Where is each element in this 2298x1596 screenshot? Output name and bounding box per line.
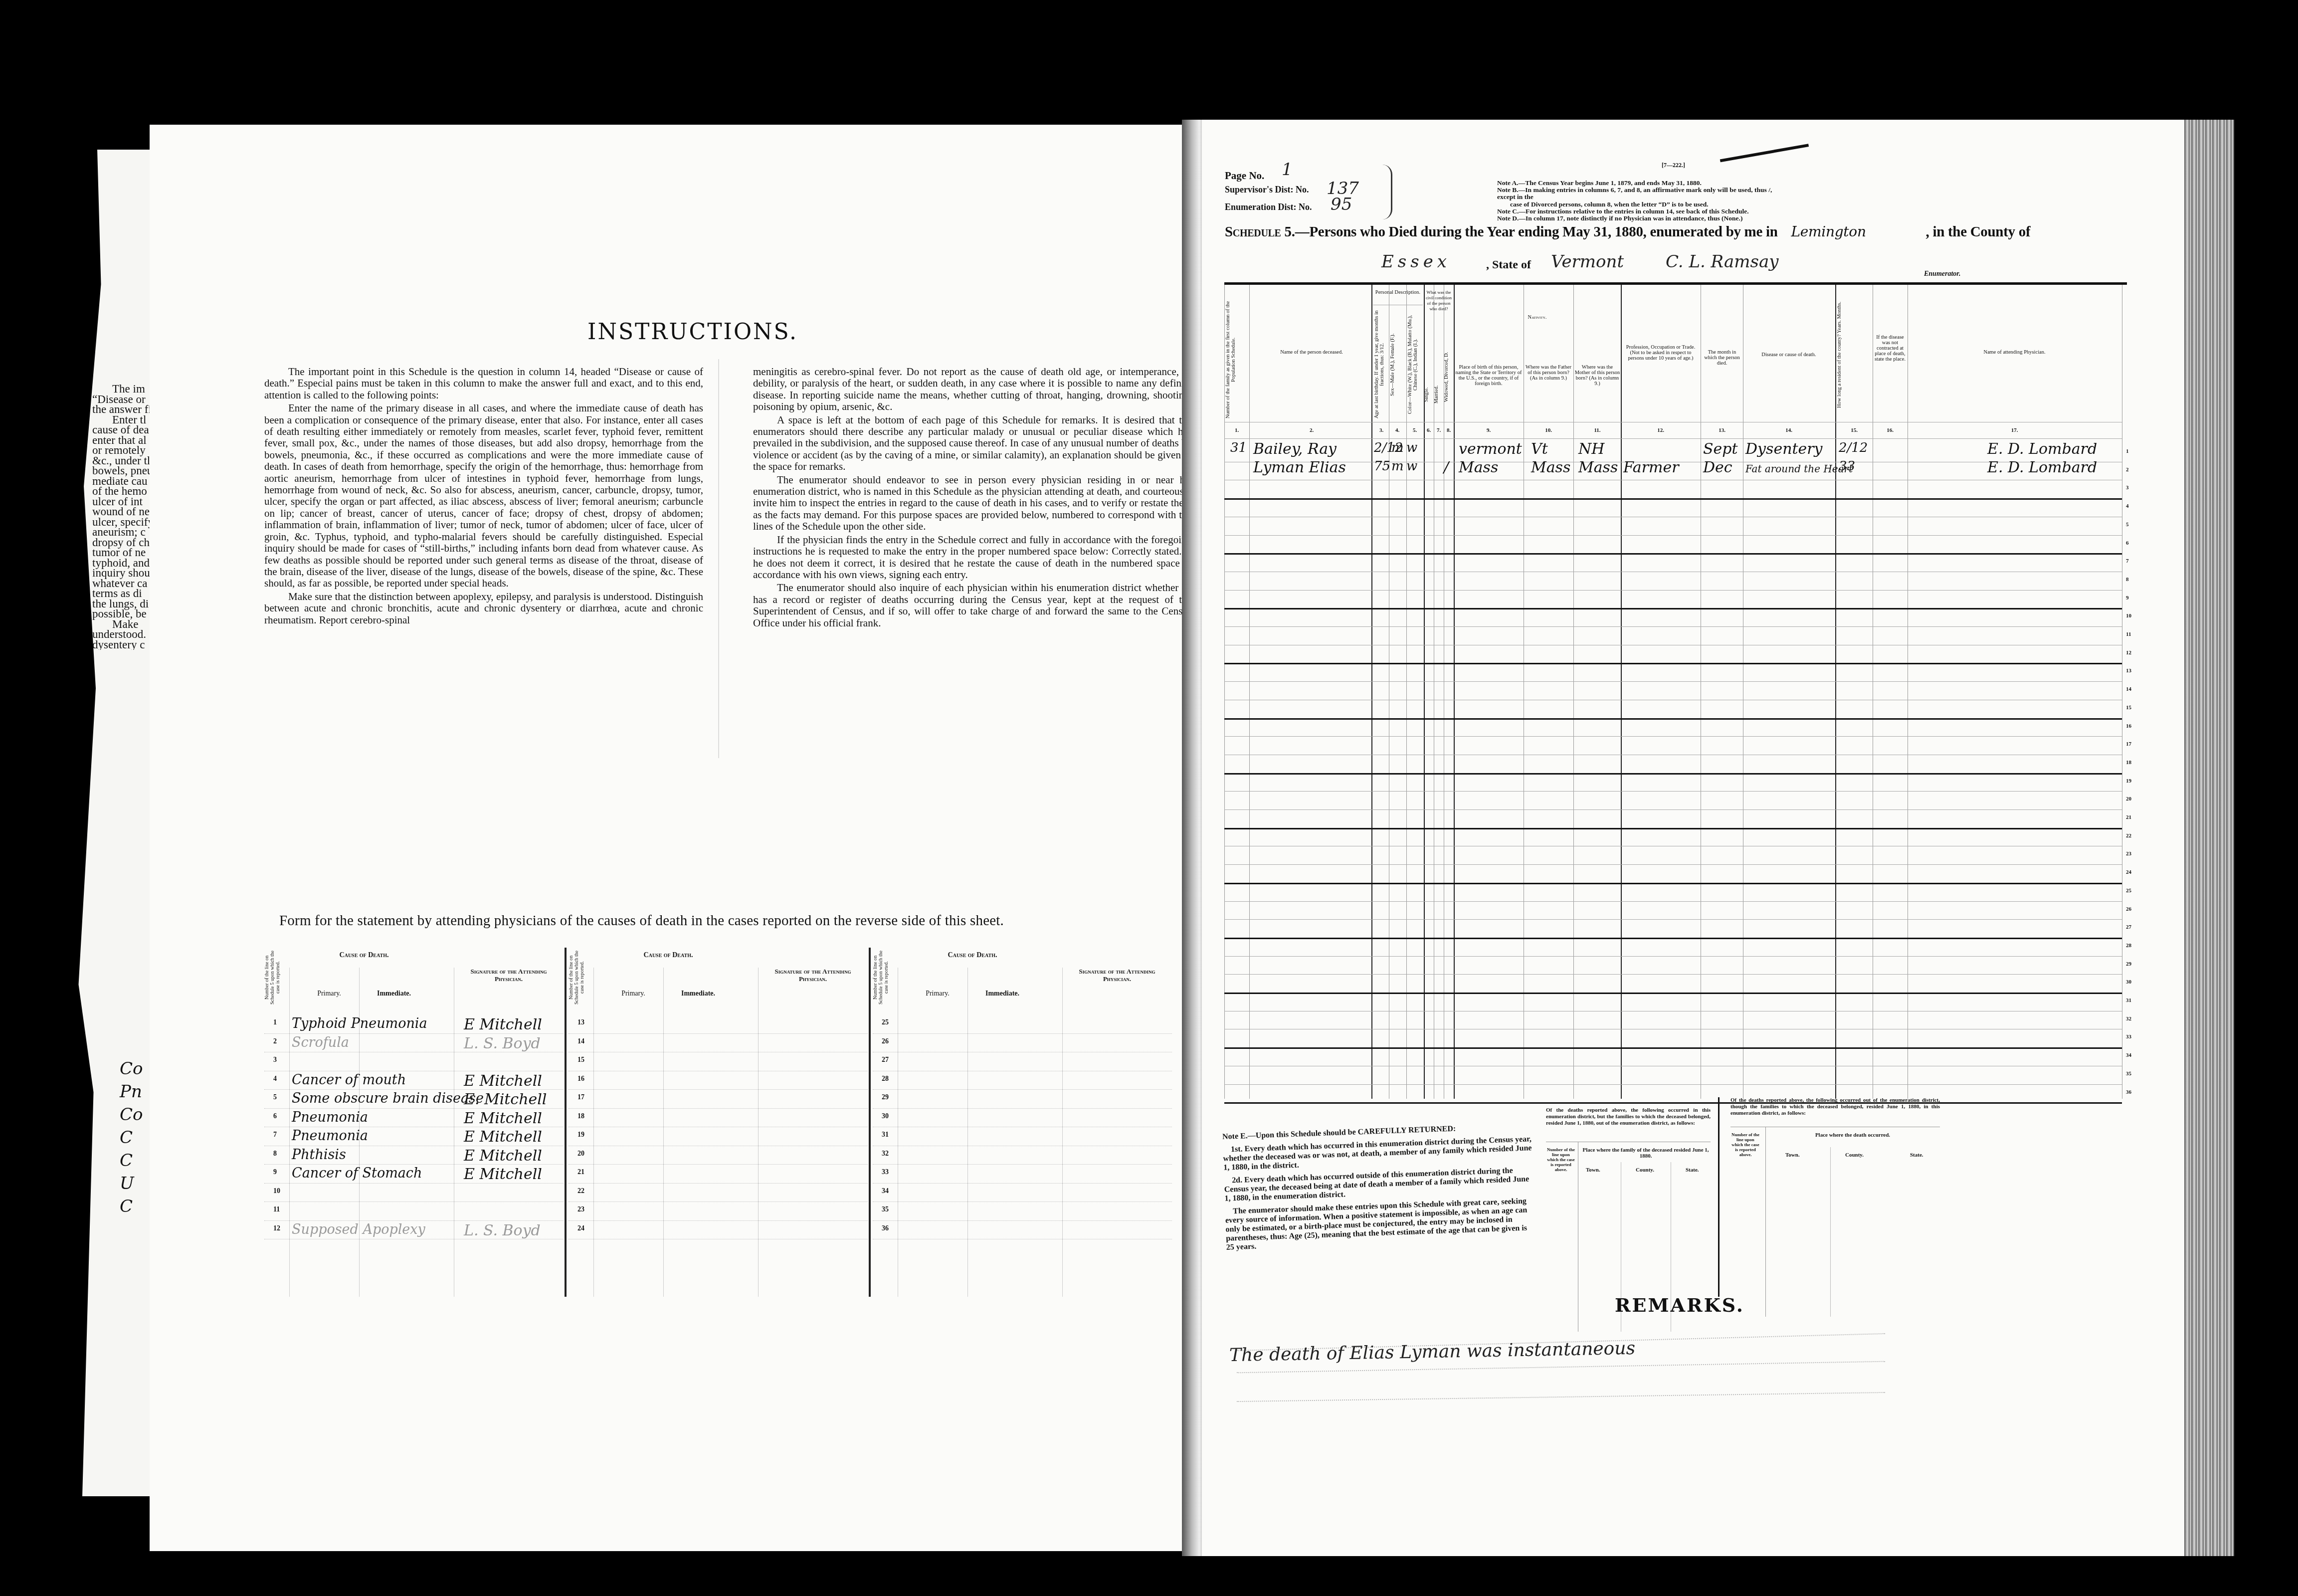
note-d: Note D.—In column 17, note distinctly if… — [1497, 215, 1776, 222]
state-value: Vermont — [1551, 252, 1624, 272]
line-number: 9 — [273, 1169, 277, 1177]
fragment-handwriting-line: Pn — [120, 1080, 150, 1103]
cell-residence: 33 — [1839, 459, 1855, 474]
death-schedule-table: Personal Description.What was the civil … — [1224, 282, 2127, 1096]
col-state: State. — [1686, 1167, 1699, 1173]
enumeration-dist-label: Enumeration Dist: No. — [1225, 202, 1312, 212]
line-number: 23 — [577, 1206, 584, 1214]
row-line — [1224, 1066, 2122, 1066]
line-number: 21 — [577, 1169, 584, 1177]
signature-header: Signature of the Attending Physician. — [459, 968, 559, 983]
row-line — [1224, 681, 2122, 682]
column-header: The month in which the person died. — [1702, 350, 1742, 366]
physician-form-row: 15 — [569, 1052, 868, 1071]
line-number: 8 — [2126, 577, 2129, 583]
row-line — [1224, 938, 2122, 939]
column-number: 16. — [1874, 427, 1907, 433]
column-number: 3. — [1374, 427, 1389, 433]
column-header: Age at last birthday. If under 1 year, g… — [1374, 310, 1389, 419]
cell-mother: Mass — [1578, 459, 1618, 476]
cell-physician: E. D. Lombard — [1987, 440, 2097, 458]
physician-form-header: Number of the line on Schedule 5 upon wh… — [569, 938, 868, 1012]
column-number: 10. — [1525, 427, 1572, 433]
enumerator-label: Enumerator. — [1924, 270, 1961, 278]
out-district-number-col: Number of the line upon which the case i… — [1730, 1132, 1760, 1157]
line-number: 10 — [273, 1188, 280, 1196]
line-number: 20 — [2126, 796, 2131, 802]
column-line — [1524, 285, 1524, 1099]
line-number: 29 — [882, 1094, 889, 1102]
line-number: 35 — [882, 1206, 889, 1214]
line-number: 7 — [273, 1131, 277, 1139]
line-number: 16 — [577, 1075, 584, 1083]
cause-of-death-entry: Typhoid Pneumonia — [292, 1016, 456, 1031]
row-line — [1224, 773, 2122, 775]
line-number: 18 — [577, 1113, 584, 1121]
schedule-number: Schedule 5. — [1225, 224, 1295, 240]
line-number: 22 — [2126, 833, 2131, 839]
signature-header: Signature of the Attending Physician. — [1067, 968, 1167, 983]
physician-form-row: 14 — [569, 1034, 868, 1053]
column-line — [2122, 285, 2122, 1099]
note-c: Note C.—For instructions relative to the… — [1497, 208, 1776, 215]
column-number: 5. — [1407, 427, 1422, 433]
column-header: Where was the Father of this person born… — [1525, 365, 1572, 381]
physician-form-row: 1Typhoid PneumoniaE Mitchell — [264, 1015, 564, 1034]
county-label: , in the County of — [1926, 224, 2031, 240]
line-number: 28 — [2126, 943, 2131, 949]
row-line — [1224, 1084, 2122, 1085]
line-number: 1 — [2126, 448, 2129, 454]
cell-cause: Dysentery — [1745, 440, 1823, 458]
row-line — [1224, 993, 2122, 994]
physician-signature: L. S. Boyd — [464, 1035, 541, 1052]
physician-form-row: 8PhthisisE Mitchell — [264, 1146, 564, 1165]
out-district-lead: Of the deaths reported above, the follow… — [1730, 1097, 1940, 1117]
physician-form-row: 7PneumoniaE Mitchell — [264, 1127, 564, 1146]
physician-form-row: 27 — [873, 1052, 1172, 1071]
instructions-paragraph: meningitis as cerebro-spinal fever. Do n… — [753, 366, 1192, 413]
line-number-header: Number of the line on Schedule 5 upon wh… — [264, 948, 284, 1007]
in-district-lead: Of the deaths reported above, the follow… — [1546, 1107, 1711, 1127]
row-line — [1224, 883, 2122, 884]
row-line — [1224, 919, 2122, 920]
line-number: 20 — [577, 1150, 584, 1158]
physician-form-block: Number of the line on Schedule 5 upon wh… — [264, 938, 564, 1297]
line-number: 5 — [273, 1094, 277, 1102]
physician-form-row: 4Cancer of mouthE Mitchell — [264, 1071, 564, 1090]
column-line — [1389, 285, 1389, 1099]
physician-form-row: 6PneumoniaE Mitchell — [264, 1109, 564, 1128]
column-number: 12. — [1622, 427, 1699, 433]
note-e: Note E.—Upon this Schedule should be CAR… — [1222, 1122, 1535, 1256]
physician-form-row: 35 — [873, 1202, 1172, 1221]
line-number: 31 — [882, 1131, 889, 1139]
instructions-box: The important point in this Schedule is … — [264, 359, 1222, 768]
physician-form-block: Number of the line on Schedule 5 upon wh… — [873, 938, 1172, 1297]
physician-form-rows: 131415161718192021222324 — [569, 1015, 868, 1239]
in-district-number-col: Number of the line upon which the case i… — [1546, 1147, 1576, 1172]
remarks-title: REMARKS. — [1615, 1294, 1744, 1316]
row-line — [1224, 663, 2122, 664]
instructions-right-column: meningitis as cerebro-spinal fever. Do n… — [753, 366, 1192, 630]
column-number: 4. — [1390, 427, 1405, 433]
line-number: 14 — [577, 1038, 584, 1046]
line-number: 31 — [2126, 997, 2131, 1003]
town-value: Lemington — [1781, 223, 1926, 240]
fragment-handwriting: CoPnCoCCUC — [120, 1057, 150, 1218]
schedule-notes: Note A.—The Census Year begins June 1, 1… — [1497, 180, 1776, 222]
col-county: County. — [1636, 1167, 1654, 1173]
row-line — [1224, 846, 2122, 846]
cell-residence: 2/12 — [1839, 440, 1868, 455]
physician-form-row: 36 — [873, 1221, 1172, 1240]
line-number: 10 — [2126, 613, 2131, 619]
primary-header: Primary. — [304, 990, 354, 998]
line-number: 5 — [2126, 522, 2129, 528]
physician-form-rows: 252627282930313233343536 — [873, 1015, 1172, 1239]
line-number: 22 — [577, 1188, 584, 1196]
row-line — [1224, 517, 2122, 517]
physician-form-row: 30 — [873, 1109, 1172, 1128]
column-header: If the disease was not contracted at pla… — [1874, 335, 1907, 362]
col-town: Town. — [1785, 1152, 1800, 1158]
instructions-paragraph: A space is left at the bottom of each pa… — [753, 414, 1192, 473]
physician-form-header: Number of the line on Schedule 5 upon wh… — [264, 938, 564, 1012]
line-number: 23 — [2126, 851, 2131, 857]
physician-signature: E Mitchell — [464, 1072, 542, 1090]
line-number: 6 — [2126, 540, 2129, 546]
line-number: 30 — [2126, 979, 2131, 985]
immediate-header: Immediate. — [668, 990, 728, 998]
line-number: 25 — [882, 1019, 889, 1027]
physician-form-row: 23 — [569, 1202, 868, 1221]
physician-form-row: 20 — [569, 1146, 868, 1165]
fragment-line: dysentery c — [92, 640, 152, 650]
col-county: County. — [1845, 1152, 1864, 1158]
line-number: 13 — [2126, 668, 2131, 674]
line-number: 17 — [577, 1094, 584, 1102]
column-line — [1835, 285, 1836, 1099]
column-line — [1873, 285, 1873, 1099]
line-number: 35 — [2126, 1071, 2131, 1077]
out-district-group: Place where the death occurred. — [1770, 1132, 1935, 1138]
line-number: 19 — [577, 1131, 584, 1139]
line-number: 28 — [882, 1075, 889, 1083]
physician-form-row: 24 — [569, 1221, 868, 1240]
column-header: Married. — [1434, 370, 1444, 419]
fragment-handwriting-line: C — [120, 1195, 150, 1218]
column-header: Place of birth of this person, naming th… — [1455, 365, 1523, 387]
row-line — [1224, 572, 2122, 572]
column-number: 14. — [1744, 427, 1834, 433]
row-line — [1224, 956, 2122, 957]
fragment-text: The im“Disease orthe answer fiEnter tlca… — [92, 384, 152, 650]
primary-header: Primary. — [913, 990, 962, 998]
cell-name: Lyman Elias — [1253, 459, 1346, 476]
physician-form-row: 16 — [569, 1071, 868, 1090]
column-line — [1406, 285, 1407, 1099]
line-number: 2 — [273, 1038, 277, 1046]
line-number: 24 — [577, 1225, 584, 1233]
line-number: 12 — [273, 1225, 280, 1233]
note-b: Note B.—In making entries in columns 6, … — [1497, 187, 1776, 200]
line-number: 6 — [273, 1113, 277, 1121]
state-label: , State of — [1486, 258, 1531, 272]
line-number: 25 — [2126, 888, 2131, 894]
page-no-value: 1 — [1282, 160, 1293, 180]
line-number: 2 — [2126, 467, 2129, 473]
line-number: 4 — [2126, 503, 2129, 509]
line-number-header: Number of the line on Schedule 5 upon wh… — [873, 948, 893, 1007]
row-line — [1224, 864, 2122, 865]
cell-physician: E. D. Lombard — [1987, 459, 2097, 476]
cell-occupation: Farmer — [1623, 459, 1679, 476]
physician-form-row: 11 — [264, 1202, 564, 1221]
cause-of-death-header: Cause of Death. — [918, 952, 1027, 960]
cell-name: Bailey, Ray — [1253, 440, 1337, 458]
column-line — [1224, 285, 1225, 1099]
physician-signature: E Mitchell — [464, 1166, 542, 1183]
cell-month: Dec — [1703, 459, 1732, 476]
instructions-paragraph: The enumerator should endeavor to see in… — [753, 474, 1192, 533]
physician-statement-form: Number of the line on Schedule 5 upon wh… — [264, 938, 1167, 1307]
physician-signature: E Mitchell — [464, 1016, 542, 1033]
cell-father: Vt — [1531, 440, 1548, 458]
row-line — [1224, 974, 2122, 975]
cell-civil: / — [1444, 459, 1449, 476]
col-state: State. — [1910, 1152, 1923, 1158]
note-b-cont: case of Divorced persons, column 8, when… — [1497, 201, 1776, 208]
column-line — [1743, 285, 1743, 1099]
physician-signature: E Mitchell — [464, 1128, 542, 1146]
enumeration-dist-value: 95 — [1331, 195, 1352, 214]
cell-color: w — [1406, 440, 1417, 455]
column-number: 8. — [1444, 427, 1454, 433]
physician-form-row: 33 — [873, 1165, 1172, 1184]
personal-description-header: Personal Description. — [1373, 290, 1423, 295]
form-code: [7—222.] — [1662, 162, 1685, 169]
line-number: 32 — [882, 1150, 889, 1158]
physician-form-row: 34 — [873, 1184, 1172, 1202]
physician-signature: E. Mitchell — [464, 1091, 547, 1108]
line-number: 26 — [2126, 906, 2131, 912]
row-line — [1224, 1102, 2122, 1104]
row-line — [1224, 736, 2122, 737]
physician-form-row: 28 — [873, 1071, 1172, 1090]
physician-form-row: 25 — [873, 1015, 1172, 1034]
row-line — [1224, 626, 2122, 627]
cause-of-death-entry: Phthisis — [292, 1147, 456, 1163]
physician-form-row: 29 — [873, 1090, 1172, 1109]
line-number: 36 — [2126, 1089, 2131, 1095]
line-number: 27 — [2126, 924, 2131, 930]
column-number: 6. — [1424, 427, 1434, 433]
column-line — [1573, 285, 1574, 1099]
column-number: 11. — [1574, 427, 1620, 433]
cause-of-death-header: Cause of Death. — [309, 952, 419, 960]
enumerator-name: C. L. Ramsay — [1666, 252, 1778, 272]
instructions-paragraph: The enumerator should also inquire of ea… — [753, 582, 1192, 629]
cause-of-death-entry: Scrofula — [292, 1035, 456, 1050]
column-header: Disease or cause of death. — [1744, 352, 1834, 358]
physician-form-header: Number of the line on Schedule 5 upon wh… — [873, 938, 1172, 1012]
physician-form-row: 26 — [873, 1034, 1172, 1053]
col-town: Town. — [1586, 1167, 1600, 1173]
line-number: 34 — [2126, 1052, 2131, 1058]
table-divider — [1718, 1097, 1720, 1297]
row-line — [1224, 1029, 2122, 1029]
column-line — [1701, 285, 1701, 1099]
row-line — [1224, 590, 2122, 591]
signature-header: Signature of the Attending Physician. — [763, 968, 863, 983]
bracket — [1382, 165, 1392, 219]
line-number: 15 — [577, 1056, 584, 1064]
out-district-deaths-table: Of the deaths reported above, the follow… — [1730, 1097, 1940, 1316]
supervisor-dist-label: Supervisor's Dist: No. — [1225, 185, 1309, 195]
immediate-header: Immediate. — [972, 990, 1032, 998]
cause-of-death-entry: Some obscure brain disease — [292, 1091, 456, 1106]
physician-form-row: 9Cancer of StomachE Mitchell — [264, 1165, 564, 1184]
instructions-paragraph: Make sure that the distinction between a… — [264, 591, 703, 626]
line-number: 3 — [2126, 485, 2129, 491]
note-a: Note A.—The Census Year begins June 1, 1… — [1497, 180, 1776, 187]
fragment-handwriting-line: U — [120, 1172, 150, 1195]
fragment-handwriting-line: C — [120, 1126, 150, 1149]
primary-header: Primary. — [608, 990, 658, 998]
line-number: 1 — [273, 1019, 277, 1027]
row-line — [1224, 1047, 2122, 1049]
row-line — [1224, 535, 2122, 536]
cell-father: Mass — [1531, 459, 1570, 476]
cause-of-death-header: Cause of Death. — [613, 952, 723, 960]
line-number: 7 — [2126, 558, 2129, 564]
instructions-paragraph: The important point in this Schedule is … — [264, 366, 703, 401]
row-line — [1224, 809, 2122, 810]
column-number: 1. — [1225, 427, 1248, 433]
cell-cause: Fat around the Heart — [1745, 463, 1853, 475]
column-line — [1371, 285, 1372, 1099]
column-line — [1454, 285, 1455, 1099]
column-number: 7. — [1434, 427, 1444, 433]
row-line — [1224, 498, 2122, 500]
page-no-label: Page No. — [1225, 170, 1264, 182]
schedule-title-text: —Persons who Died during the Year ending… — [1295, 224, 1778, 240]
cell-month: Sept — [1703, 440, 1738, 458]
schedule-title: Schedule 5.—Persons who Died during the … — [1225, 223, 2030, 240]
row-line — [1224, 480, 2122, 480]
line-number: 26 — [882, 1038, 889, 1046]
row-line — [1224, 718, 2122, 720]
line-number: 34 — [882, 1188, 889, 1196]
physician-form-block: Number of the line on Schedule 5 upon wh… — [569, 938, 868, 1297]
column-header: Widowed, Divorced, D. — [1444, 335, 1454, 419]
physician-form-row: 21 — [569, 1165, 868, 1184]
physician-form-row: 31 — [873, 1127, 1172, 1146]
physician-form-row: 18 — [569, 1109, 868, 1128]
fragment-handwriting-line: C — [120, 1149, 150, 1172]
fragment-handwriting-line: Co — [120, 1103, 150, 1126]
physician-form-title: Form for the statement by attending phys… — [279, 913, 1004, 929]
column-header: Name of attending Physician. — [1909, 350, 2120, 355]
cause-of-death-entry: Pneumonia — [292, 1128, 456, 1144]
column-header: Number of the family as given in the fir… — [1225, 300, 1248, 419]
column-line — [1249, 285, 1250, 1099]
line-number: 13 — [577, 1019, 584, 1027]
cause-of-death-entry: Cancer of mouth — [292, 1072, 456, 1088]
column-header: Profession, Occupation or Trade. (Not to… — [1622, 345, 1699, 361]
physician-form-rows: 1Typhoid PneumoniaE Mitchell2ScrofulaL. … — [264, 1015, 564, 1239]
line-number: 16 — [2126, 723, 2131, 729]
page-edges — [2184, 120, 2234, 1556]
cause-of-death-entry: Supposed Apoplexy — [292, 1222, 456, 1237]
physician-form-row: 10 — [264, 1184, 564, 1202]
line-number: 33 — [882, 1169, 889, 1177]
line-number: 9 — [2126, 595, 2129, 601]
block-divider — [869, 948, 871, 1297]
column-header: Color—White (W.), Black (B.), Mulatto (M… — [1407, 310, 1422, 419]
physician-form-row: 13 — [569, 1015, 868, 1034]
block-divider — [565, 948, 567, 1297]
line-number: 36 — [882, 1225, 889, 1233]
row-line — [1224, 901, 2122, 902]
cell-birthplace: vermont — [1459, 440, 1522, 458]
column-header: Name of the person deceased. — [1254, 350, 1369, 355]
row-line — [1224, 828, 2122, 829]
line-number: 12 — [2126, 650, 2131, 656]
cell-color: w — [1406, 459, 1417, 474]
cause-of-death-entry: Pneumonia — [292, 1110, 456, 1125]
line-number: 33 — [2126, 1034, 2131, 1040]
physician-form-row: 22 — [569, 1184, 868, 1202]
physician-form-row: 19 — [569, 1127, 868, 1146]
physician-form-row: 5Some obscure brain diseaseE. Mitchell — [264, 1090, 564, 1109]
cell-age: 75 — [1374, 459, 1390, 474]
row-line — [1224, 755, 2122, 755]
row-line — [1224, 645, 2122, 645]
county-value: Essex — [1381, 252, 1451, 272]
line-number: 19 — [2126, 778, 2131, 784]
line-number: 8 — [273, 1150, 277, 1158]
column-header: Where was the Mother of this person born… — [1574, 365, 1620, 387]
line-number: 4 — [273, 1075, 277, 1083]
instructions-paragraph: Enter the name of the primary disease in… — [264, 402, 703, 590]
fragment-handwriting-line: Co — [120, 1057, 150, 1080]
physician-signature: E Mitchell — [464, 1147, 542, 1165]
cell-sex: m — [1391, 440, 1404, 455]
column-header: How long a resident of the county? Years… — [1837, 290, 1872, 419]
physician-form-row: 17 — [569, 1090, 868, 1109]
row-line — [1224, 608, 2122, 609]
line-number: 11 — [273, 1206, 280, 1214]
column-header: Single. — [1424, 370, 1434, 419]
row-line — [1224, 1011, 2122, 1011]
column-number: 13. — [1702, 427, 1742, 433]
line-number: 17 — [2126, 741, 2131, 747]
nativity-header: Nativity. — [1454, 315, 1621, 320]
line-number: 15 — [2126, 705, 2131, 711]
column-number: 9. — [1455, 427, 1523, 433]
column-number: 15. — [1837, 427, 1872, 433]
cell-sex: m — [1391, 459, 1404, 474]
column-line — [1908, 285, 1908, 1099]
line-number: 30 — [882, 1113, 889, 1121]
cell-birthplace: Mass — [1459, 459, 1498, 476]
cell-mother: NH — [1578, 440, 1604, 458]
line-number: 29 — [2126, 961, 2131, 967]
physician-form-row: 3 — [264, 1052, 564, 1071]
line-number: 11 — [2126, 631, 2131, 637]
